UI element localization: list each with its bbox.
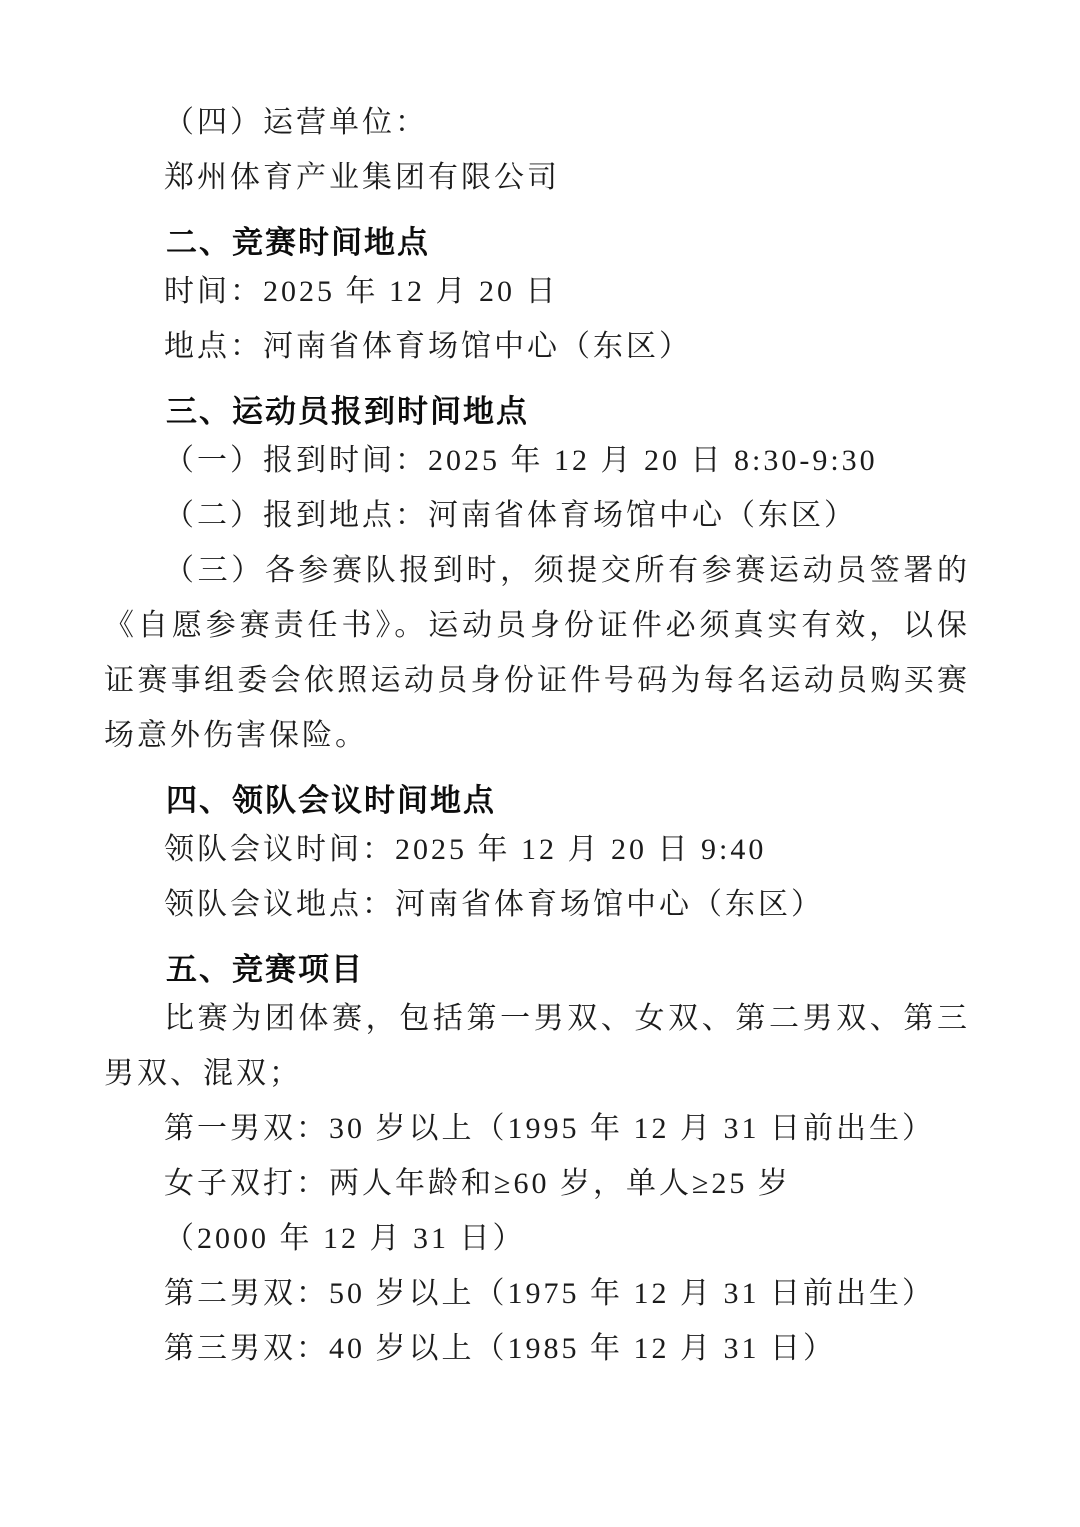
line-leaders-meeting-time: 领队会议时间：2025 年 12 月 20 日 9:40 [104,822,970,877]
subitem-checkin-time: （一）报到时间：2025 年 12 月 20 日 8:30-9:30 [104,433,970,488]
line-competition-place: 地点：河南省体育场馆中心（东区） [104,319,970,374]
heading-section-5-events: 五、竞赛项目 [104,947,970,993]
para-checkin-requirements: （三）各参赛队报到时，须提交所有参赛运动员签署的《自愿参赛责任书》。运动员身份证… [104,543,970,763]
document-body: （四）运营单位： 郑州体育产业集团有限公司 二、竞赛时间地点 时间：2025 年… [0,0,1080,1527]
subitem-operating-unit-label: （四）运营单位： [104,95,970,150]
heading-section-3-athlete-checkin: 三、运动员报到时间地点 [104,389,970,435]
line-leaders-meeting-place: 领队会议地点：河南省体育场馆中心（东区） [104,877,970,932]
line-third-mens-doubles-age: 第三男双：40 岁以上（1985 年 12 月 31 日） [104,1321,970,1376]
operating-unit-name: 郑州体育产业集团有限公司 [104,150,970,205]
line-womens-doubles-age: 女子双打：两人年龄和≥60 岁，单人≥25 岁 [104,1156,970,1211]
para-event-overview: 比赛为团体赛，包括第一男双、女双、第二男双、第三男双、混双； [104,991,970,1101]
heading-section-4-leaders-meeting: 四、领队会议时间地点 [104,778,970,824]
subitem-checkin-place: （二）报到地点：河南省体育场馆中心（东区） [104,488,970,543]
line-womens-doubles-birthdate: （2000 年 12 月 31 日） [104,1211,970,1266]
document-page: （四）运营单位： 郑州体育产业集团有限公司 二、竞赛时间地点 时间：2025 年… [0,0,1080,1527]
line-first-mens-doubles-age: 第一男双：30 岁以上（1995 年 12 月 31 日前出生） [104,1101,970,1156]
heading-section-2-competition-time-place: 二、竞赛时间地点 [104,220,970,266]
line-second-mens-doubles-age: 第二男双：50 岁以上（1975 年 12 月 31 日前出生） [104,1266,970,1321]
line-competition-time: 时间：2025 年 12 月 20 日 [104,264,970,319]
